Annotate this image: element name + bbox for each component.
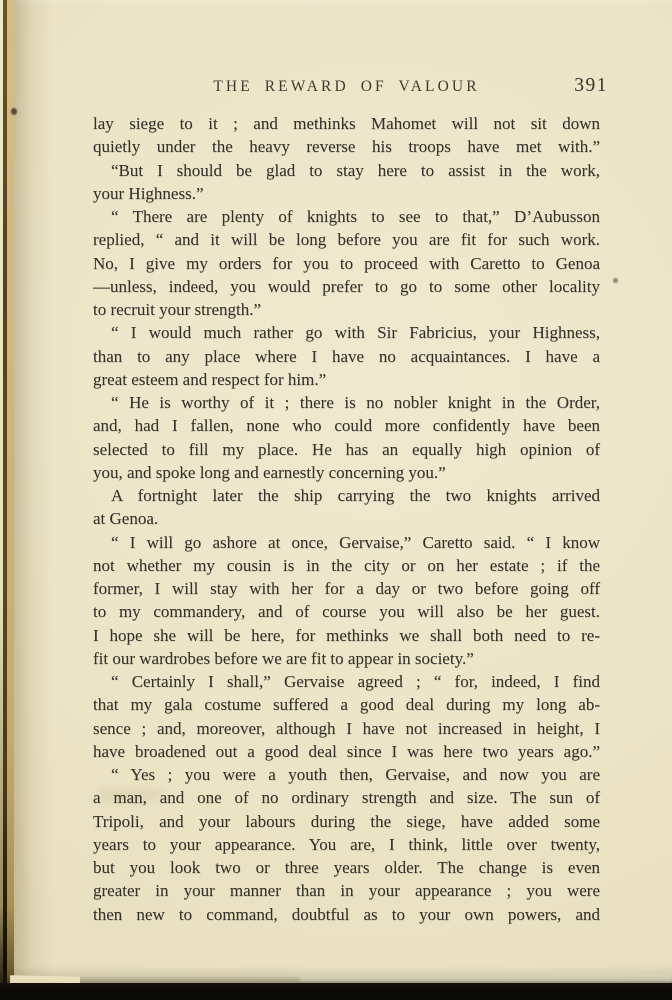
text-line: “ Yes ; you were a youth then, Gervaise,…	[93, 763, 600, 786]
paper-speck	[613, 278, 618, 283]
text-line: than to any place where I have no acquai…	[93, 345, 600, 368]
text-line: fit our wardrobes before we are fit to a…	[93, 647, 600, 670]
text-line: “ I will go ashore at once, Gervaise,” C…	[93, 531, 600, 554]
text-line: —unless, indeed, you would prefer to go …	[93, 275, 600, 298]
text-block: lay siege to it ; and methinks Mahomet w…	[93, 112, 600, 926]
text-line: your Highness.”	[93, 182, 600, 205]
text-line: a man, and one of no ordinary strength a…	[93, 786, 600, 809]
text-line: “ Certainly I shall,” Gervaise agreed ; …	[93, 670, 600, 693]
text-line: to recruit your strength.”	[93, 298, 600, 321]
text-line: that my gala costume suffered a good dea…	[93, 693, 600, 716]
text-line: former, I will stay with her for a day o…	[93, 577, 600, 600]
text-line: have broadened out a good deal since I w…	[93, 740, 600, 763]
text-line: but you look two or three years older. T…	[93, 856, 600, 879]
text-line: selected to fill my place. He has an equ…	[93, 438, 600, 461]
page-bottom-edge-highlight	[300, 972, 672, 981]
text-line: not whether my cousin is in the city or …	[93, 554, 600, 577]
running-head: THE REWARD OF VALOUR 391	[93, 78, 600, 100]
text-line: greater in your manner than in your appe…	[93, 879, 600, 902]
text-line: sence ; and, moreover, although I have n…	[93, 717, 600, 740]
text-line: I hope she will be here, for methinks we…	[93, 624, 600, 647]
scanner-background	[0, 983, 672, 1000]
text-line: and, had I fallen, none who could more c…	[93, 414, 600, 437]
text-line: “ He is worthy of it ; there is no noble…	[93, 391, 600, 414]
page-content: THE REWARD OF VALOUR 391 lay siege to it…	[93, 78, 600, 926]
text-line: A fortnight later the ship carrying the …	[93, 484, 600, 507]
text-line: lay siege to it ; and methinks Mahomet w…	[93, 112, 600, 135]
text-line: then new to command, doubtful as to your…	[93, 903, 600, 926]
text-line: “ I would much rather go with Sir Fabric…	[93, 321, 600, 344]
text-line: to my commandery, and of course you will…	[93, 600, 600, 623]
text-line: great esteem and respect for him.”	[93, 368, 600, 391]
page-title: THE REWARD OF VALOUR	[93, 78, 600, 96]
page-number: 391	[574, 75, 608, 97]
page-gutter-edge	[7, 0, 14, 984]
text-line: “But I should be glad to stay here to as…	[93, 159, 600, 182]
paper-top-highlight	[0, 0, 672, 8]
paper-speck	[11, 108, 17, 115]
text-line: you, and spoke long and earnestly concer…	[93, 461, 600, 484]
text-line: replied, “ and it will be long before yo…	[93, 228, 600, 251]
book-scan: THE REWARD OF VALOUR 391 lay siege to it…	[0, 0, 672, 1000]
page-gutter-shadow	[14, 0, 52, 984]
text-line: No, I give my orders for you to proceed …	[93, 252, 600, 275]
text-line: Tripoli, and your labours during the sie…	[93, 810, 600, 833]
text-line: “ There are plenty of knights to see to …	[93, 205, 600, 228]
text-line: years to your appearance. You are, I thi…	[93, 833, 600, 856]
text-line: at Genoa.	[93, 507, 600, 530]
text-line: quietly under the heavy reverse his troo…	[93, 135, 600, 158]
